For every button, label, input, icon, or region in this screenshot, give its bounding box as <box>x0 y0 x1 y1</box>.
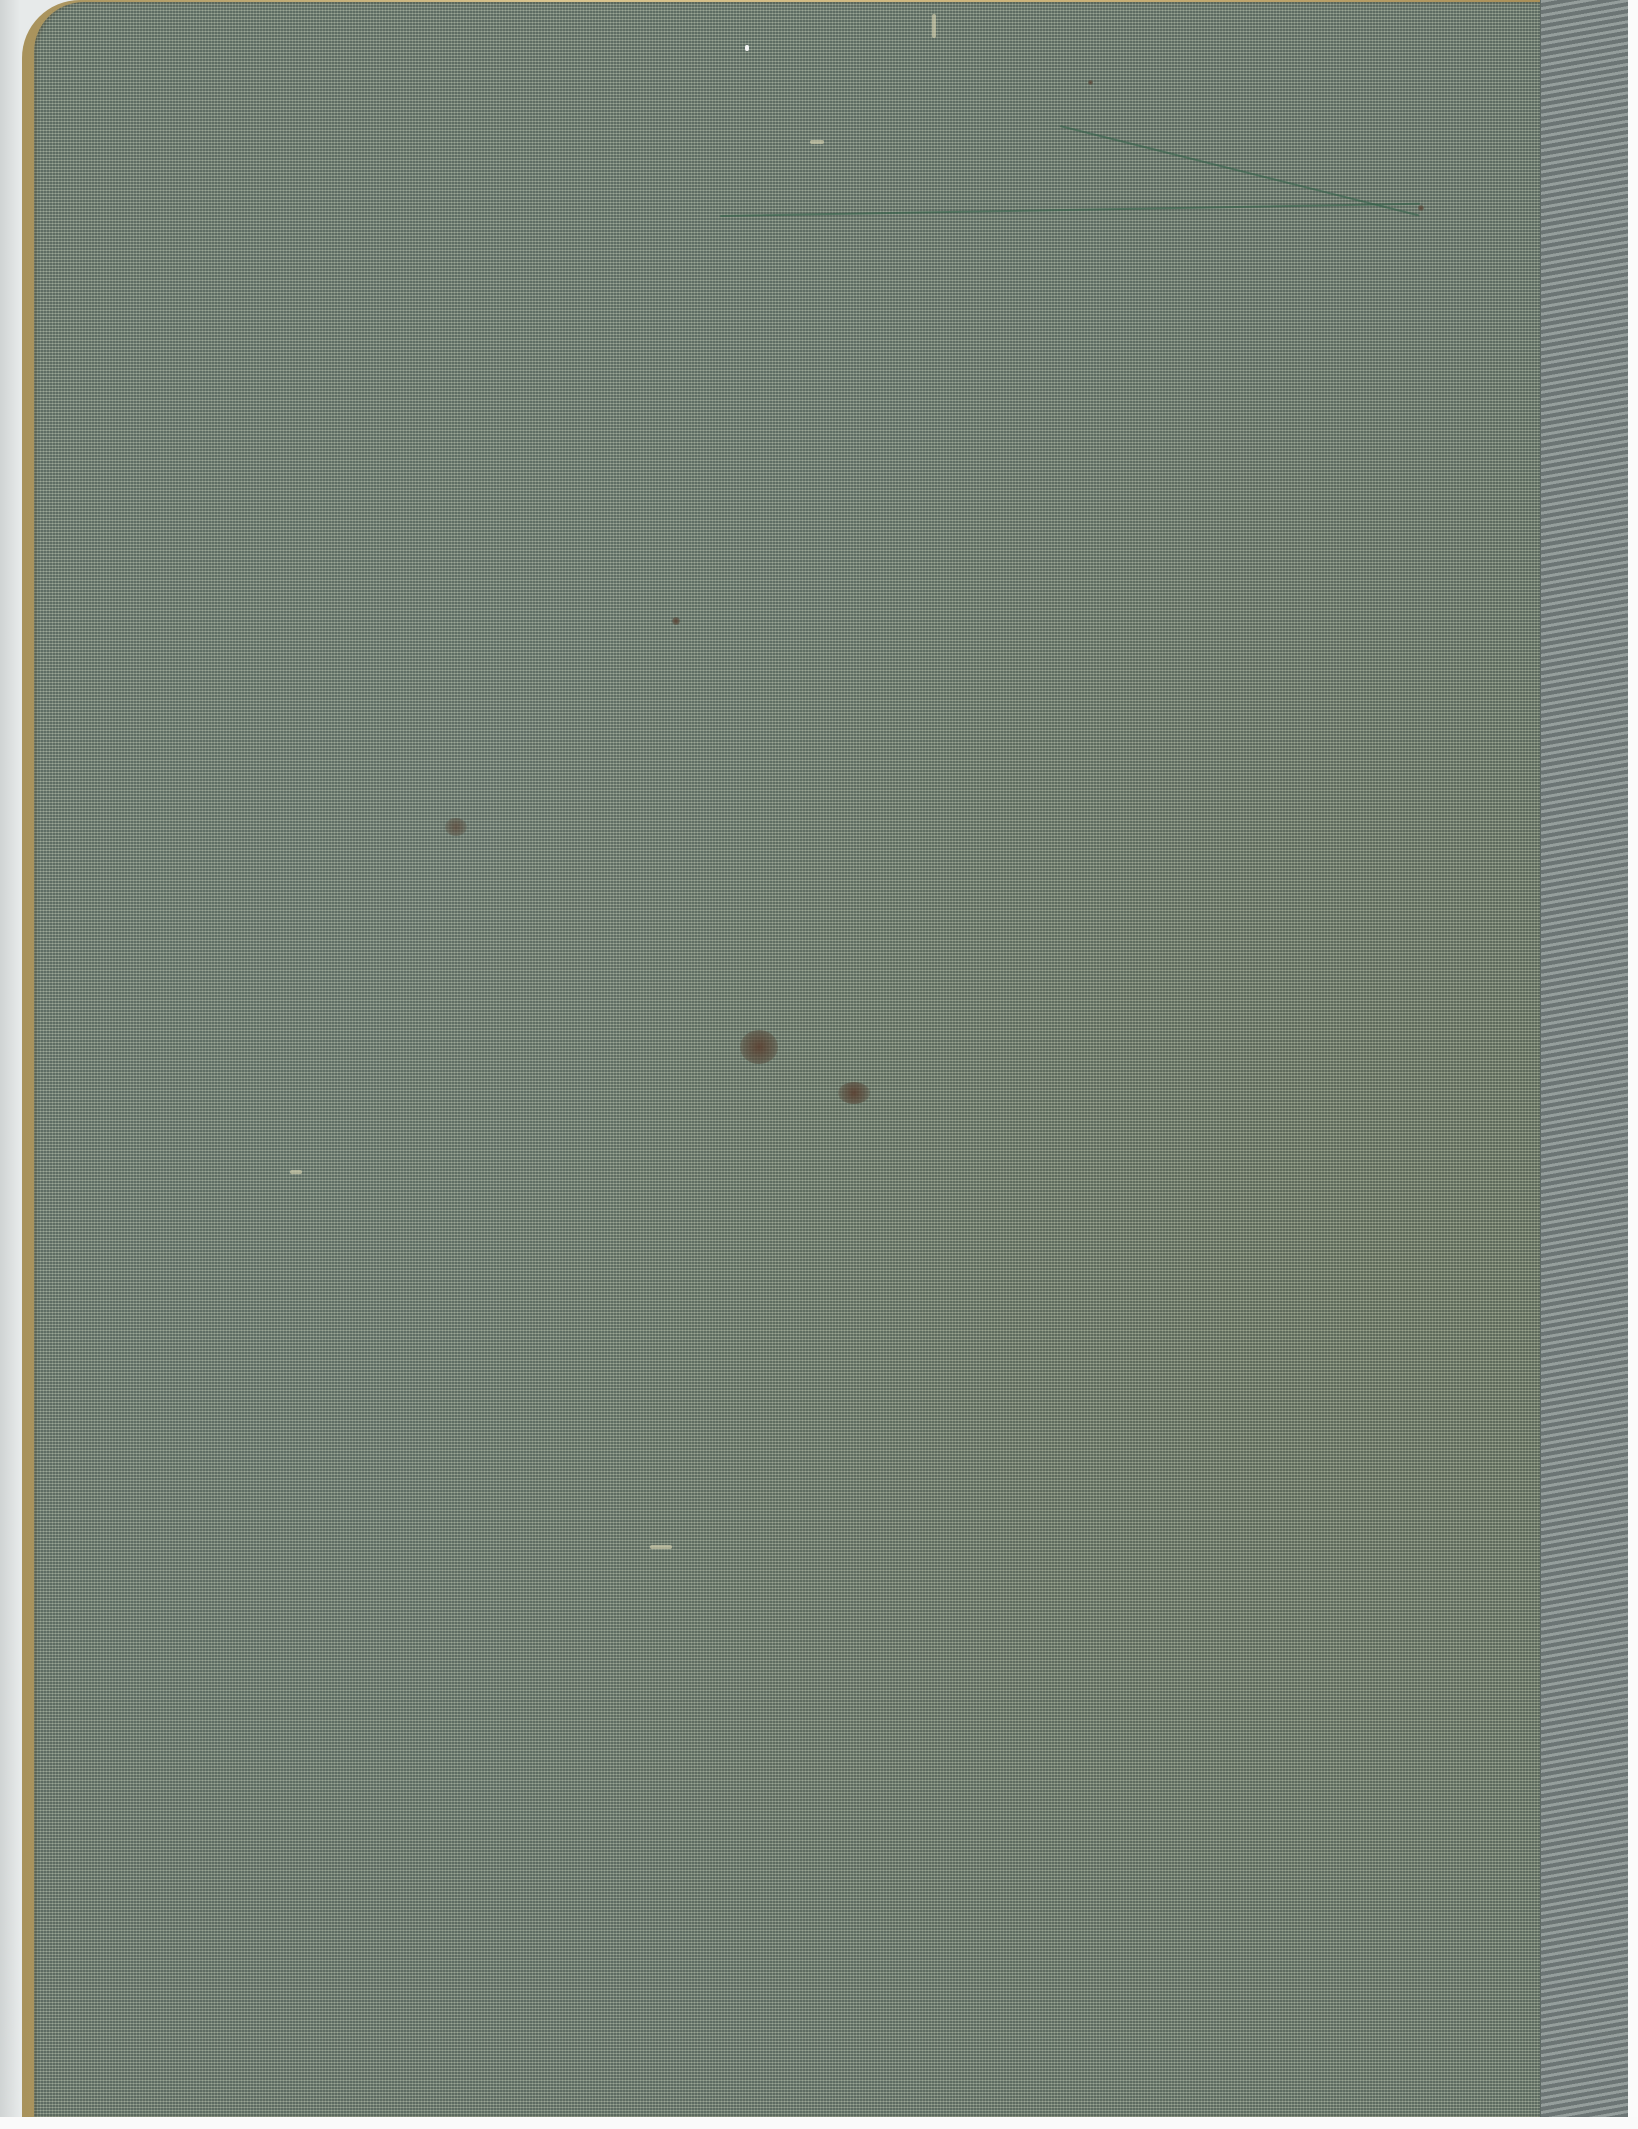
scuff-mark <box>745 45 749 51</box>
stain <box>1088 80 1093 85</box>
scuff-mark <box>650 1545 672 1549</box>
stain <box>1418 205 1424 211</box>
book-cover-scan <box>0 0 1638 2129</box>
scan-margin <box>0 2117 1638 2129</box>
cloth-cover <box>34 2 1554 2117</box>
stain <box>672 617 680 625</box>
scuff-mark <box>932 14 936 38</box>
scuff-mark <box>290 1170 302 1174</box>
scan-margin <box>1628 0 1638 2129</box>
stain <box>740 1030 778 1064</box>
stain <box>445 818 467 836</box>
stain <box>838 1082 870 1104</box>
scuff-mark <box>810 140 824 144</box>
spine-strip <box>1540 0 1628 2117</box>
